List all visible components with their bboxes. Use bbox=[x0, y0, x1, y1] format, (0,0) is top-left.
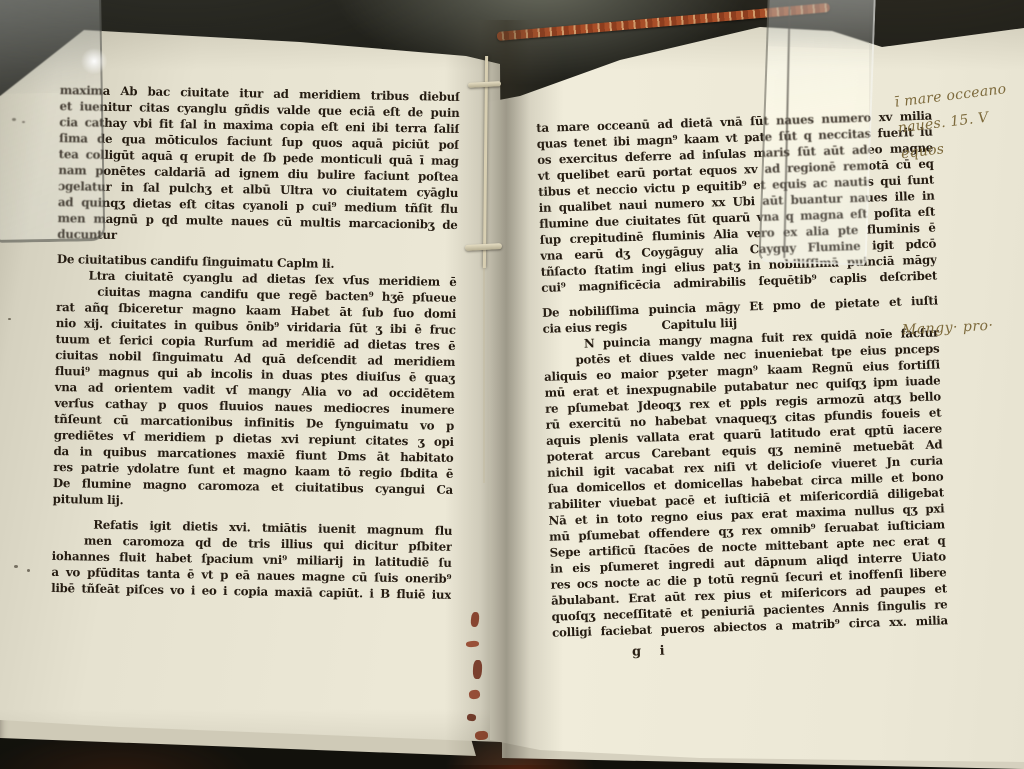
left-page-text: maxima Ab bac ciuitate itur ad meridiem … bbox=[51, 82, 460, 603]
marginal-note-mangy: Mangy· pro· bbox=[902, 318, 994, 339]
ink-speck bbox=[27, 569, 30, 572]
clip-reflection bbox=[0, 0, 101, 94]
text-line: equos bbox=[900, 130, 1024, 163]
ink-speck bbox=[8, 318, 11, 320]
acrylic-page-clip-left bbox=[0, 0, 105, 243]
quire-signature: g i bbox=[632, 644, 667, 660]
marginal-note-ships: ī mare occeanonaues. 15. Vequos bbox=[894, 79, 1024, 172]
spine-red-mark bbox=[467, 714, 477, 722]
folio-number-handwritten: 49 bbox=[976, 19, 994, 36]
spine-red-mark bbox=[475, 731, 488, 741]
clip-specular-highlight bbox=[80, 48, 108, 74]
right-page-text: ta mare occeanū ad dietā vnā ſūt naues n… bbox=[536, 108, 948, 641]
binding-thread-lower bbox=[483, 268, 485, 483]
acrylic-page-clip-right bbox=[758, 0, 875, 266]
museum-book-photo: maxima Ab bac ciuitate itur ad meridiem … bbox=[0, 0, 1024, 769]
ink-speck bbox=[14, 565, 18, 568]
clip-reflection bbox=[768, 0, 874, 50]
